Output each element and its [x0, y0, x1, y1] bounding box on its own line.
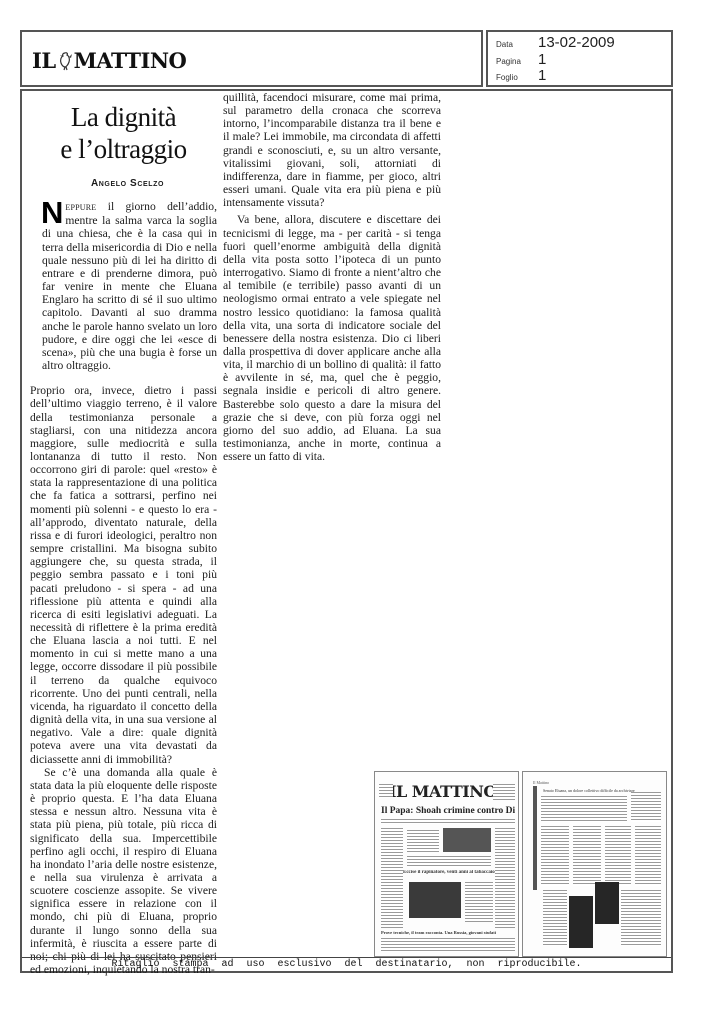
- masthead-box: IL MATTINO: [20, 30, 483, 87]
- article-paragraph: quillità, facendoci misurare, come mai p…: [223, 91, 441, 209]
- article-paragraph: Proprio ora, invece, dietro i passi dell…: [30, 384, 217, 766]
- article-headline: La dignità e l’oltraggio: [30, 101, 217, 165]
- thumbnail-bottom-headline: Prove tecniche, il tram racconta. Una Ru…: [381, 930, 515, 935]
- headline-line-2: e l’oltraggio: [30, 133, 217, 165]
- inner-page-thumbnail[interactable]: Il Mattino Senato Eluana, un dolore coll…: [522, 771, 667, 957]
- meta-value-date: 13-02-2009: [538, 35, 615, 50]
- drop-cap: N: [41, 201, 63, 225]
- meta-label: Foglio: [496, 73, 538, 82]
- meta-value-page: 1: [538, 52, 546, 67]
- article-byline: Angelo Scelzo: [38, 177, 217, 190]
- metadata-box: Data 13-02-2009 Pagina 1 Foglio 1: [486, 30, 673, 87]
- headline-line-1: La dignità: [30, 101, 217, 133]
- logo-left-text: IL: [32, 48, 56, 73]
- lead-smallcaps: EPPURE: [65, 203, 96, 212]
- article-lead: NEPPURE il giorno dell’addio, mentre la …: [30, 200, 217, 372]
- meta-row-sheet: Foglio 1: [496, 68, 546, 83]
- rooster-icon: [57, 51, 73, 71]
- article-paragraph: Va bene, allora, discutere e discettare …: [223, 213, 441, 463]
- front-page-thumbnail[interactable]: IL MATTINO Il Papa: Shoah crimine contro…: [374, 771, 519, 957]
- thumbnail-masthead: IL MATTINO: [389, 782, 497, 801]
- thumbnail-masthead: Il Mattino: [533, 780, 549, 785]
- article-column-1: La dignità e l’oltraggio Angelo Scelzo N…: [30, 91, 217, 976]
- thumbnail-headline: Il Papa: Shoah crimine contro Dio: [381, 806, 515, 816]
- thumbnail-subhead: Eccise il rapinatore, venti anni al taba…: [403, 870, 495, 875]
- meta-row-date: Data 13-02-2009: [496, 35, 615, 50]
- meta-label: Data: [496, 40, 538, 49]
- logo-right-text: MATTINO: [74, 48, 187, 73]
- meta-value-sheet: 1: [538, 68, 546, 83]
- lead-text: il giorno dell’addio, mentre la salma va…: [42, 200, 217, 372]
- reproduction-notice: Ritaglio stampa ad uso esclusivo del des…: [22, 957, 671, 971]
- meta-row-page: Pagina 1: [496, 52, 546, 67]
- clipping-body: La dignità e l’oltraggio Angelo Scelzo N…: [20, 89, 673, 973]
- article-paragraph: Se c’è una domanda alla quale è stata da…: [30, 766, 217, 977]
- newspaper-logo: IL MATTINO: [32, 48, 186, 73]
- meta-label: Pagina: [496, 57, 538, 66]
- article-column-2: quillità, facendoci misurare, come mai p…: [223, 91, 441, 463]
